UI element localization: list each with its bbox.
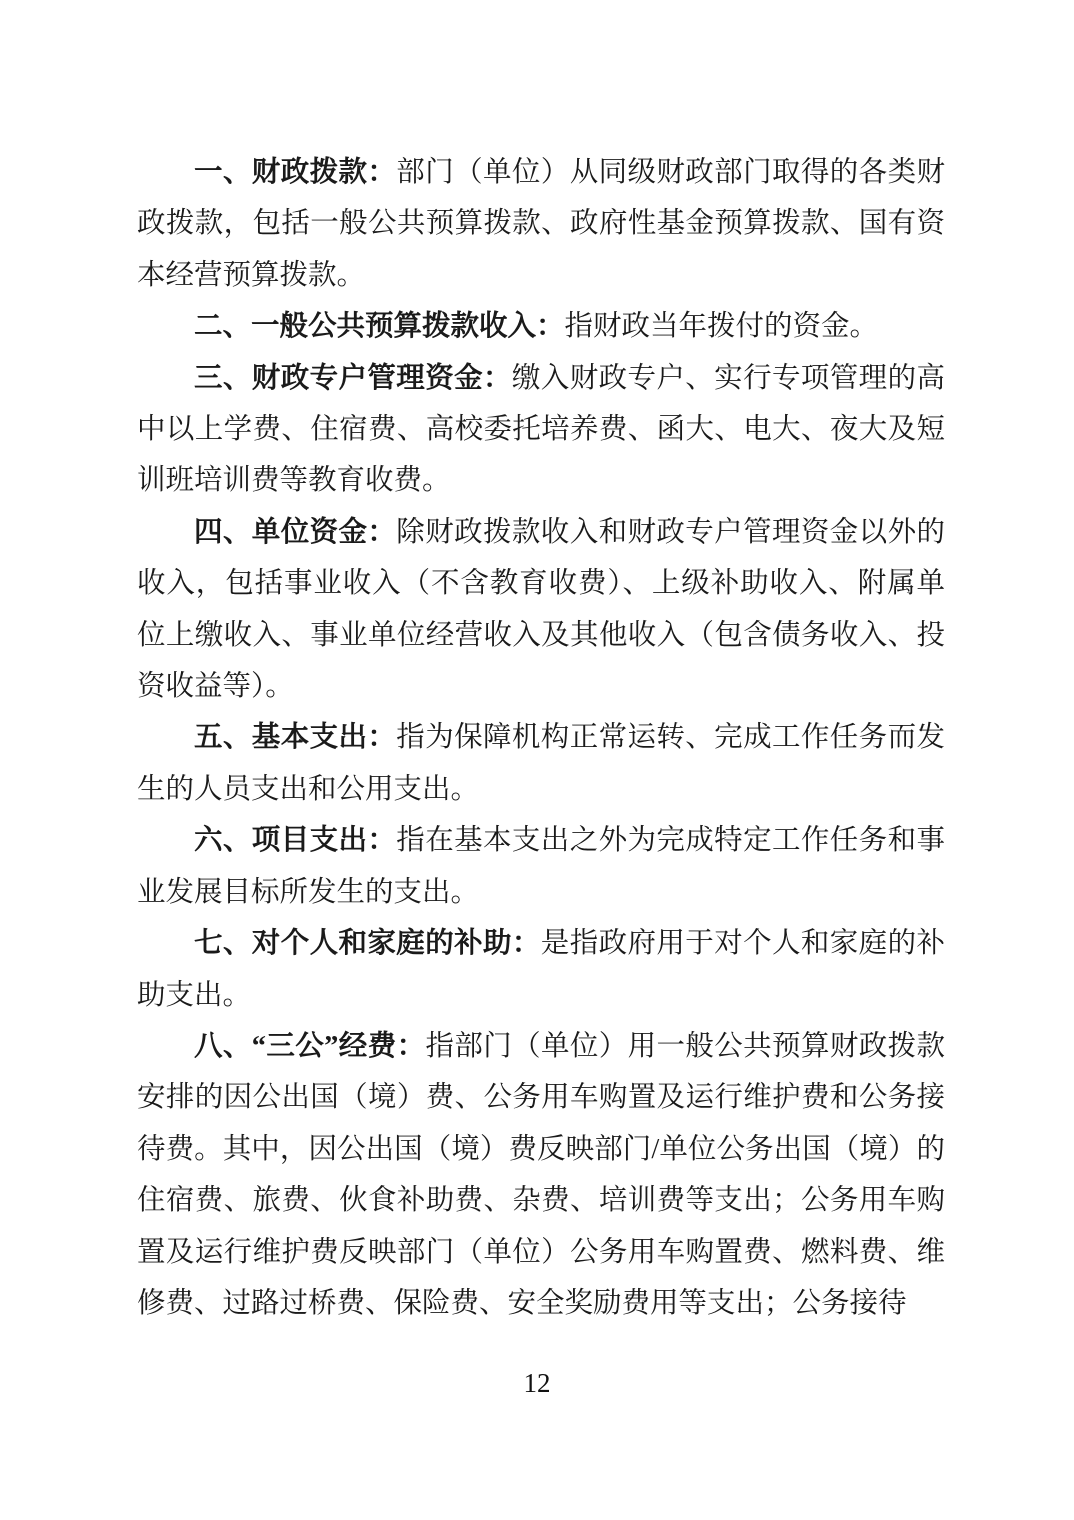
document-page: 一、财政拨款：部门（单位）从同级财政部门取得的各类财政拨款，包括一般公共预算拨款… xyxy=(0,0,1074,1520)
definition-paragraph: 四、单位资金：除财政拨款收入和财政专户管理资金以外的收入，包括事业收入（不含教育… xyxy=(137,507,945,713)
term-label: 七、对个人和家庭的补助： xyxy=(194,928,541,959)
definition-paragraph: 八、“三公”经费：指部门（单位）用一般公共预算财政拨款安排的因公出国（境）费、公… xyxy=(137,1021,945,1329)
definition-paragraph: 七、对个人和家庭的补助：是指政府用于对个人和家庭的补助支出。 xyxy=(137,918,945,1021)
term-label: 四、单位资金： xyxy=(194,517,396,548)
term-label: 一、财政拨款： xyxy=(194,157,396,188)
term-label: 三、财政专户管理资金： xyxy=(194,363,512,394)
definition-paragraph: 六、项目支出：指在基本支出之外为完成特定工作任务和事业发展目标所发生的支出。 xyxy=(137,815,945,918)
term-definition: 指部门（单位）用一般公共预算财政拨款安排的因公出国（境）费、公务用车购置及运行维… xyxy=(137,1031,945,1319)
term-label: 八、“三公”经费： xyxy=(194,1031,425,1062)
document-body: 一、财政拨款：部门（单位）从同级财政部门取得的各类财政拨款，包括一般公共预算拨款… xyxy=(137,147,945,1329)
definition-paragraph: 一、财政拨款：部门（单位）从同级财政部门取得的各类财政拨款，包括一般公共预算拨款… xyxy=(137,147,945,301)
page-number: 12 xyxy=(0,1368,1074,1399)
definition-paragraph: 二、一般公共预算拨款收入：指财政当年拨付的资金。 xyxy=(137,301,945,352)
definition-paragraph: 三、财政专户管理资金：缴入财政专户、实行专项管理的高中以上学费、住宿费、高校委托… xyxy=(137,353,945,507)
term-label: 五、基本支出： xyxy=(194,722,396,753)
term-label: 六、项目支出： xyxy=(194,825,396,856)
term-label: 二、一般公共预算拨款收入： xyxy=(194,311,565,342)
term-definition: 指财政当年拨付的资金。 xyxy=(565,311,879,342)
definition-paragraph: 五、基本支出：指为保障机构正常运转、完成工作任务而发生的人员支出和公用支出。 xyxy=(137,712,945,815)
